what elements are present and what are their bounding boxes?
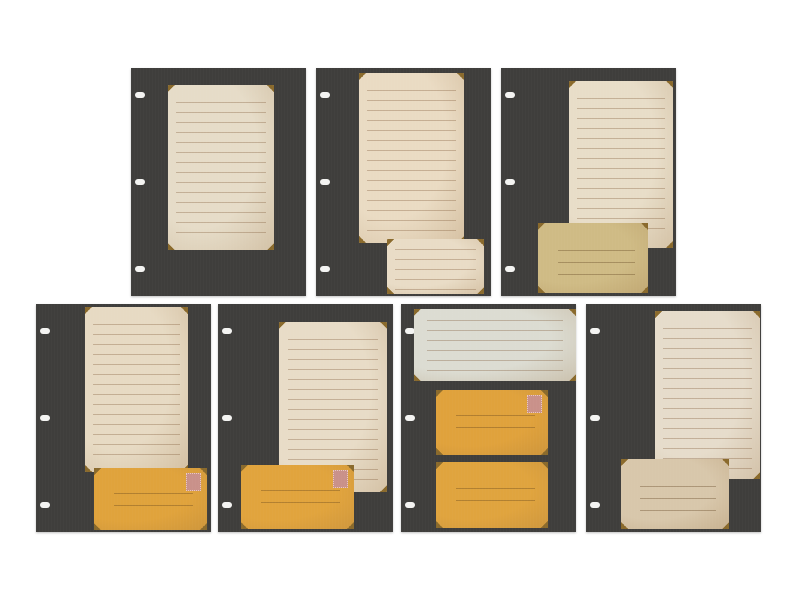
binder-hole: [40, 502, 50, 508]
photo-corner-icon: [241, 521, 249, 529]
photo-corner-icon: [621, 521, 629, 529]
handwriting: [663, 321, 751, 469]
photo-corner-icon: [359, 235, 367, 243]
binder-hole: [405, 502, 415, 508]
photo-corner-icon: [621, 459, 629, 467]
binder-hole: [590, 328, 600, 334]
photo-corner-icon: [540, 447, 548, 455]
album-page: [316, 68, 491, 296]
photo-corner-icon: [665, 240, 673, 248]
photo-corner-icon: [279, 322, 287, 330]
album-page: [501, 68, 676, 296]
photo-corner-icon: [387, 239, 395, 247]
binder-hole: [40, 328, 50, 334]
photo-corner-icon: [94, 522, 102, 530]
binder-hole: [590, 415, 600, 421]
photo-corner-icon: [266, 85, 274, 93]
photo-corner-icon: [85, 464, 93, 472]
photo-corner-icon: [456, 73, 464, 81]
photo-corner-icon: [359, 73, 367, 81]
binder-hole: [320, 266, 330, 272]
binder-hole: [320, 179, 330, 185]
binder-hole: [590, 502, 600, 508]
envelope: [621, 459, 729, 529]
photo-corner-icon: [476, 239, 484, 247]
envelope: [241, 465, 354, 529]
photo-corner-icon: [266, 242, 274, 250]
binder-hole: [505, 266, 515, 272]
envelope: [436, 462, 548, 528]
photo-corner-icon: [414, 309, 422, 317]
envelope: [94, 468, 207, 530]
binder-hole: [222, 415, 232, 421]
photo-corner-icon: [414, 373, 422, 381]
photo-corner-icon: [538, 223, 546, 231]
handwriting: [456, 406, 534, 439]
photo-corner-icon: [199, 522, 207, 530]
handwritten-letter: [168, 85, 274, 250]
photo-corner-icon: [436, 462, 444, 470]
photo-corner-icon: [241, 465, 249, 473]
photo-corner-icon: [568, 309, 576, 317]
handwriting: [261, 481, 340, 513]
photo-corner-icon: [346, 521, 354, 529]
album-page: [401, 304, 576, 532]
photo-corner-icon: [569, 81, 577, 89]
binder-hole: [135, 92, 145, 98]
handwriting: [367, 83, 455, 233]
binder-hole: [135, 179, 145, 185]
binder-hole: [135, 266, 145, 272]
album-page: [586, 304, 761, 532]
handwriting: [577, 91, 664, 238]
binder-hole: [505, 92, 515, 98]
handwriting: [114, 484, 193, 515]
handwriting: [288, 332, 379, 482]
photo-corner-icon: [168, 242, 176, 250]
photo-corner-icon: [721, 459, 729, 467]
photo-corner-icon: [640, 223, 648, 231]
envelope: [436, 390, 548, 455]
postage-stamp-icon: [527, 395, 542, 413]
album-page: [36, 304, 211, 532]
handwritten-letter: [85, 307, 188, 472]
handwritten-letter: [359, 73, 464, 243]
photo-corner-icon: [168, 85, 176, 93]
photo-corner-icon: [180, 307, 188, 315]
handwriting: [640, 477, 716, 512]
photo-corner-icon: [94, 468, 102, 476]
binder-hole: [505, 179, 515, 185]
photo-corner-icon: [752, 311, 760, 319]
binder-hole: [405, 415, 415, 421]
photo-corner-icon: [665, 81, 673, 89]
envelope: [538, 223, 648, 293]
binder-hole: [222, 328, 232, 334]
handwriting: [558, 241, 635, 276]
album-page: [218, 304, 393, 532]
binder-hole: [40, 415, 50, 421]
photo-corner-icon: [436, 447, 444, 455]
handwritten-letter: [414, 309, 576, 381]
handwriting: [456, 479, 534, 512]
photo-corner-icon: [752, 471, 760, 479]
photo-corner-icon: [436, 390, 444, 398]
photo-corner-icon: [540, 520, 548, 528]
binder-hole: [320, 92, 330, 98]
photo-corner-icon: [476, 286, 484, 294]
postage-stamp-icon: [333, 470, 348, 488]
handwriting: [176, 95, 265, 240]
photo-corner-icon: [436, 520, 444, 528]
photo-corner-icon: [721, 521, 729, 529]
photo-corner-icon: [85, 307, 93, 315]
note-card: [387, 239, 484, 294]
photo-corner-icon: [655, 311, 663, 319]
handwriting: [427, 313, 563, 376]
photo-corner-icon: [387, 286, 395, 294]
binder-hole: [222, 502, 232, 508]
photo-corner-icon: [379, 484, 387, 492]
album-page: [131, 68, 306, 296]
photo-corner-icon: [640, 285, 648, 293]
handwriting: [93, 317, 180, 462]
photo-corner-icon: [540, 462, 548, 470]
photo-corner-icon: [568, 373, 576, 381]
photo-corner-icon: [538, 285, 546, 293]
handwriting: [395, 242, 477, 290]
handwritten-letter: [655, 311, 760, 479]
postage-stamp-icon: [186, 473, 201, 491]
photo-corner-icon: [379, 322, 387, 330]
